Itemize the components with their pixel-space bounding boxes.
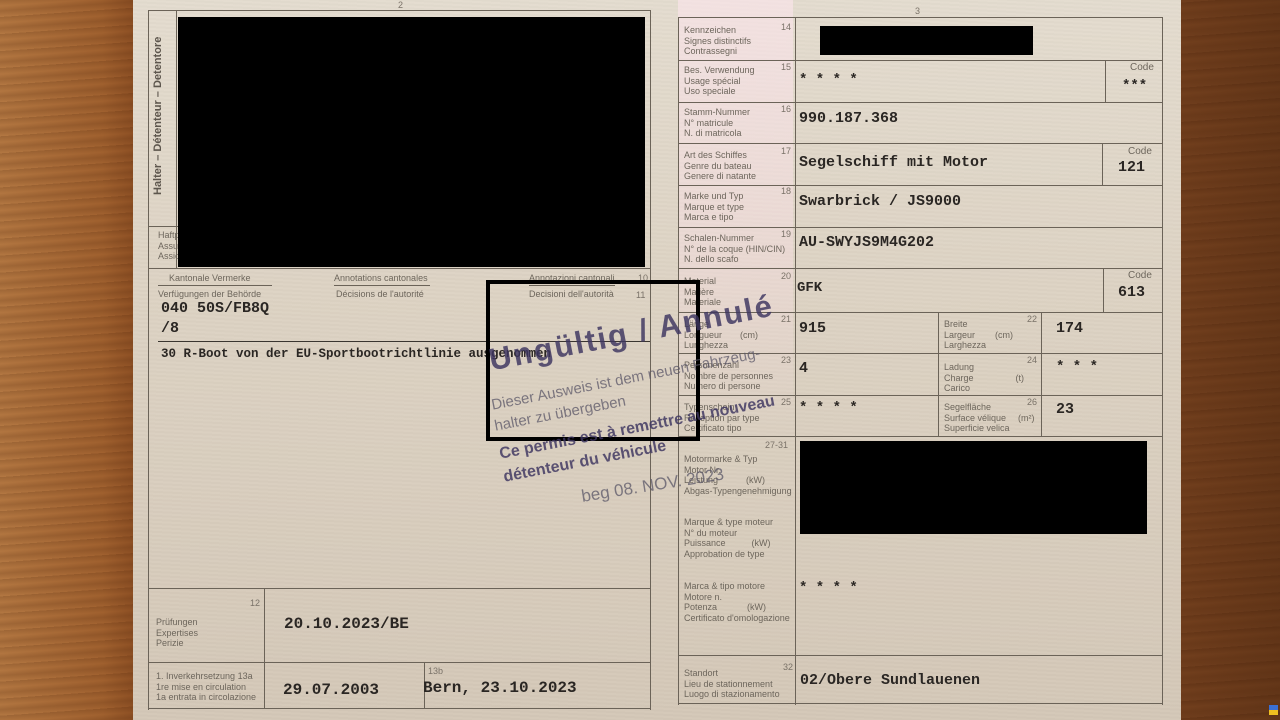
engine-value-it: * * * *	[799, 580, 858, 596]
f19-value: AU-SWYJS9M4G202	[799, 234, 934, 251]
f17-code-label: Code	[1128, 147, 1152, 158]
field-number-19: 19	[781, 229, 791, 239]
divider	[1103, 268, 1104, 312]
f18-value: Swarbrick / JS9000	[799, 193, 961, 210]
divider	[678, 655, 1163, 656]
f15-code: ***	[1122, 78, 1147, 94]
divider	[678, 102, 1163, 103]
f25-value: * * * *	[799, 400, 858, 416]
first-registration-label: 1. Inverkehrsetzung 13a 1re mise en circ…	[156, 671, 256, 703]
underline	[158, 285, 272, 286]
f14-label: KennzeichenSignes distinctifsContrassegn…	[684, 25, 751, 57]
cantonal-divider	[148, 268, 651, 269]
field-number-21: 21	[781, 314, 791, 324]
f20-code: 613	[1118, 284, 1145, 301]
field-number-14: 14	[781, 22, 791, 32]
f26-label: SegelflächeSurface vélique(m²)Superficie…	[944, 402, 1035, 434]
divider	[678, 185, 1163, 186]
frame-left	[148, 10, 149, 710]
cantonal-label-fr: Annotations cantonales	[334, 273, 428, 284]
field-number-15: 15	[781, 62, 791, 72]
redacted-engine-info	[800, 441, 1147, 534]
section-number-2: 2	[398, 0, 403, 10]
f23-value: 4	[799, 360, 808, 377]
f21-value: 915	[799, 320, 826, 337]
divider	[264, 588, 265, 708]
f26-value: 23	[1056, 401, 1074, 418]
f17-value: Segelschiff mit Motor	[799, 154, 988, 171]
f16-label: Stamm-NummerN° matriculeN. di matricola	[684, 107, 750, 139]
divider	[148, 588, 651, 589]
divider	[1041, 312, 1042, 436]
divider	[148, 662, 651, 663]
flag-icon	[1269, 705, 1278, 715]
divider	[938, 312, 939, 436]
redacted-registration-plate	[820, 26, 1033, 55]
f18-label: Marke und TypMarque et typeMarca e tipo	[684, 191, 744, 223]
decisions-label-fr: Décisions de l'autorité	[336, 289, 424, 300]
field-number-25: 25	[781, 397, 791, 407]
field-number-26: 26	[1027, 397, 1037, 407]
frame-bottom-right	[678, 703, 1163, 704]
divider	[678, 436, 1163, 437]
f32-value: 02/Obere Sundlauenen	[800, 672, 980, 689]
f15-value: * * * *	[799, 72, 858, 88]
field-number-16: 16	[781, 104, 791, 114]
divider	[1105, 60, 1106, 102]
field-number-12: 12	[250, 598, 260, 608]
divider	[678, 268, 1163, 269]
f20-code-label: Code	[1128, 271, 1152, 282]
divider	[678, 143, 1163, 144]
engine-label-it: Marca & tipo motoreMotore n.Potenza(kW)C…	[684, 581, 790, 623]
f15-label: Bes. VerwendungUsage spécialUso speciale	[684, 65, 755, 97]
field-number-22: 22	[1027, 314, 1037, 324]
frame-right-right	[1162, 17, 1163, 705]
holder-title: Halter – Détenteur – Detentore	[152, 37, 164, 195]
insurance-label: Haftp Assu Assic	[158, 230, 180, 262]
frame-top-left	[148, 10, 651, 11]
underline	[334, 285, 430, 286]
f32-label: StandortLieu de stationnementLuogo di st…	[684, 668, 780, 700]
f22-label: BreiteLargeur(cm)Larghezza	[944, 319, 1013, 351]
field-number-32: 32	[783, 662, 793, 672]
f15-code-label: Code	[1130, 63, 1154, 74]
f16-value: 990.187.368	[799, 110, 898, 127]
divider	[678, 60, 1163, 61]
redacted-holder-info	[178, 17, 645, 267]
f17-code: 121	[1118, 159, 1145, 176]
f24-value: * * *	[1056, 359, 1098, 375]
frame-top-right	[678, 17, 1163, 18]
field-number-17: 17	[781, 146, 791, 156]
field-number-13b: 13b	[428, 666, 443, 676]
cantonal-line-1: 040 50S/FB8Q	[161, 300, 269, 317]
field-number-27-31: 27-31	[765, 440, 788, 450]
field-number-18: 18	[781, 186, 791, 196]
label-column-divider	[795, 17, 796, 705]
f19-label: Schalen-NummerN° de la coque (HIN/CIN)N.…	[684, 233, 785, 265]
frame-bottom-left	[148, 708, 651, 709]
divider	[678, 227, 1163, 228]
f22-value: 174	[1056, 320, 1083, 337]
f20-value: GFK	[797, 280, 822, 296]
issue-place-date: Bern, 23.10.2023	[423, 679, 577, 697]
engine-label-fr: Marque & type moteurN° du moteurPuissanc…	[684, 517, 773, 559]
insurance-divider	[148, 226, 178, 227]
divider	[1102, 143, 1103, 185]
cantonal-label-de: Kantonale Vermerke	[169, 273, 251, 284]
inspections-value: 20.10.2023/BE	[284, 615, 409, 633]
cantonal-line-2: /8	[161, 320, 179, 337]
inspections-label: Prüfungen Expertises Perizie	[156, 617, 198, 649]
first-registration-value: 29.07.2003	[283, 681, 379, 699]
field-number-20: 20	[781, 271, 791, 281]
field-number-24: 24	[1027, 355, 1037, 365]
decisions-label-de: Verfügungen der Behörde	[158, 289, 261, 300]
f17-label: Art des SchiffesGenre du bateauGenere di…	[684, 150, 756, 182]
field-number-23: 23	[781, 355, 791, 365]
section-number-3: 3	[915, 6, 920, 16]
f24-label: LadungCharge(t)Carico	[944, 362, 1024, 394]
